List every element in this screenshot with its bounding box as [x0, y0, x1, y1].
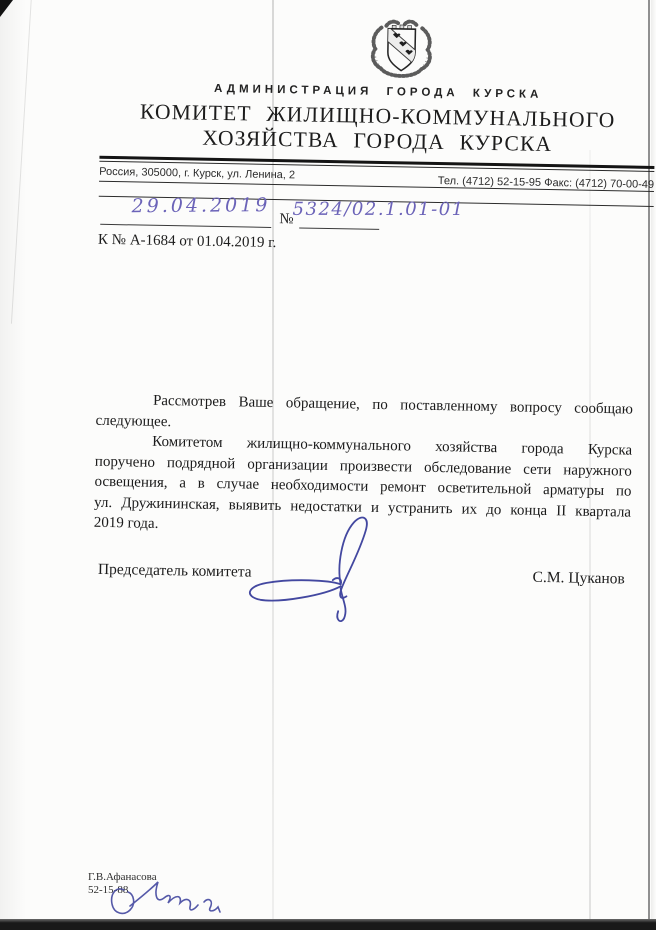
scan-corner-artifact [0, 0, 13, 17]
handwritten-date: 29.04.2019 [132, 194, 271, 217]
signer-position: Председатель комитета [98, 560, 252, 581]
postal-address: Россия, 305000, г. Курск, ул. Ленина, 2 [99, 166, 295, 182]
executor-signature [104, 872, 244, 922]
kursk-coat-of-arms-icon [365, 17, 436, 82]
pen-signature [236, 510, 388, 628]
organization-title: КОМИТЕТ ЖИЛИЩНО-КОММУНАЛЬНОГО ХОЗЯЙСТВА … [100, 99, 656, 159]
handwritten-outgoing-number: 5324/02.1.01-01 [293, 199, 465, 220]
incoming-reference: К № А-1684 от 01.04.2019 г. [98, 232, 653, 259]
letter-document: АДМИНИСТРАЦИЯ ГОРОДА КУРСКА КОМИТЕТ ЖИЛИ… [0, 0, 656, 930]
signer-name: С.М. Цуканов [532, 568, 625, 588]
scanned-letter-page: АДМИНИСТРАЦИЯ ГОРОДА КУРСКА КОМИТЕТ ЖИЛИ… [0, 0, 656, 930]
letter-content: АДМИНИСТРАЦИЯ ГОРОДА КУРСКА КОМИТЕТ ЖИЛИ… [92, 12, 656, 589]
